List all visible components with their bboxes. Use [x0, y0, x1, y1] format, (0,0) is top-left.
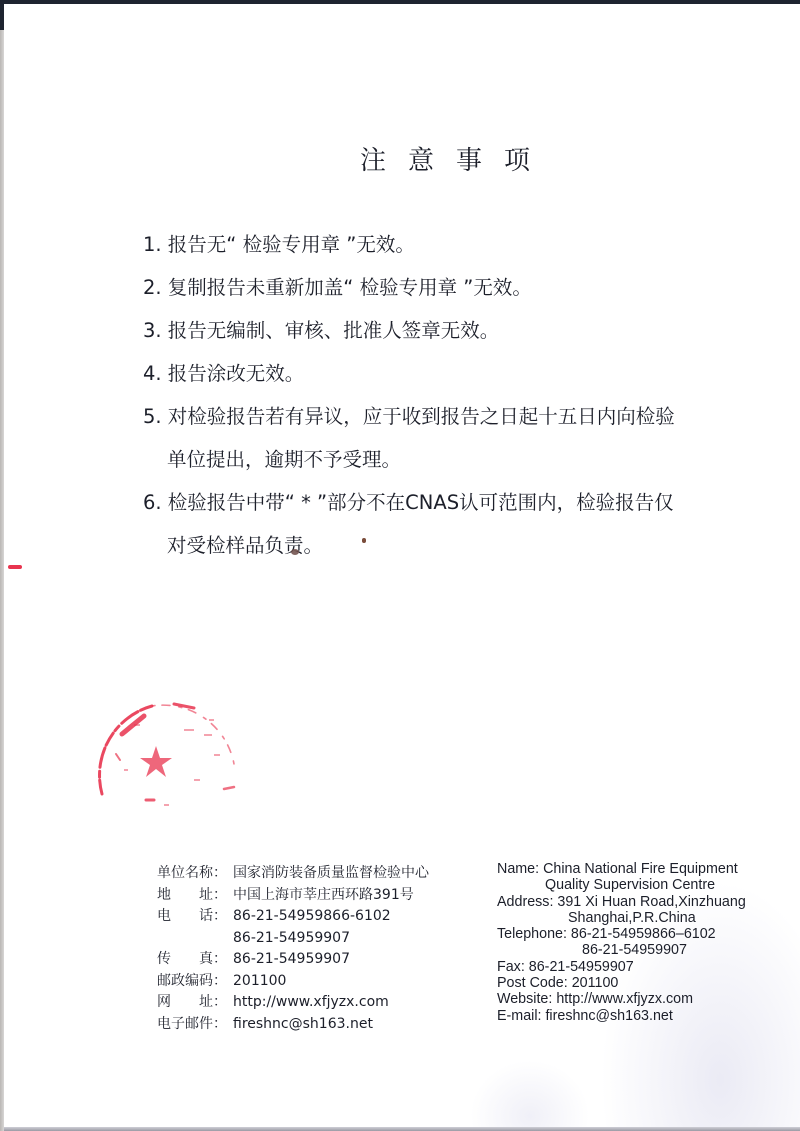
contact-value: 86-21-54959866-6102 [233, 906, 391, 928]
contact-label: 网 址： [157, 992, 233, 1014]
contact-row-telephone: 电 话： 86-21-54959866-6102 [157, 906, 429, 928]
contact-en-email: E-mail: fireshnc@sh163.net [497, 1008, 746, 1024]
notice-item-3: 3. 报告无编制、审核、批准人签章无效。 [143, 316, 763, 359]
scan-left-edge [0, 0, 4, 1131]
notice-list: 1. 报告无“ 检验专用章 ”无效。 2. 复制报告未重新加盖“ 检验专用章 ”… [143, 230, 763, 574]
notice-item-1: 1. 报告无“ 检验专用章 ”无效。 [143, 230, 763, 273]
contact-row-website: 网 址： http://www.xfjyzx.com [157, 992, 429, 1014]
contact-row-fax: 传 真： 86-21-54959907 [157, 949, 429, 971]
contact-value: 86-21-54959907 [233, 928, 350, 950]
contact-label: 传 真： [157, 949, 233, 971]
notice-item-6-continued: 对受检样品负责。 [143, 531, 763, 574]
contact-en-name: Name: China National Fire Equipment [497, 861, 746, 877]
contact-row-email: 电子邮件： fireshnc@sh163.net [157, 1014, 429, 1036]
notice-item-5: 5. 对检验报告若有异议，应于收到报告之日起十五日内向检验 [143, 402, 763, 445]
notice-item-5-continued: 单位提出，逾期不予受理。 [143, 445, 763, 488]
contact-en-address: Address: 391 Xi Huan Road,Xinzhuang [497, 894, 746, 910]
contact-label: 单位名称： [157, 863, 233, 885]
scan-bottom-edge [4, 1127, 800, 1131]
ink-blot [291, 549, 299, 555]
contact-label [157, 928, 233, 950]
contact-value: 中国上海市莘庄西环路391号 [233, 885, 414, 907]
contact-value: fireshnc@sh163.net [233, 1014, 373, 1036]
official-seal-stamp [94, 694, 244, 824]
contact-value: 86-21-54959907 [233, 949, 350, 971]
scan-top-edge [0, 0, 800, 4]
contact-en-website: Website: http://www.xfjyzx.com [497, 991, 746, 1007]
contact-row-telephone-2: 86-21-54959907 [157, 928, 429, 950]
page-title: 注意事项 [360, 140, 580, 177]
contact-value: 国家消防装备质量监督检验中心 [233, 863, 429, 885]
scanned-page: 注意事项 1. 报告无“ 检验专用章 ”无效。 2. 复制报告未重新加盖“ 检验… [0, 0, 800, 1131]
notice-item-6: 6. 检验报告中带“ * ”部分不在CNAS认可范围内，检验报告仅 [143, 488, 763, 531]
contact-en-telephone-2: 86-21-54959907 [497, 942, 746, 958]
scan-speck [362, 538, 366, 543]
contact-en-telephone: Telephone: 86-21-54959866–6102 [497, 926, 746, 942]
scan-shadow [470, 1060, 590, 1130]
contact-en-postcode: Post Code: 201100 [497, 975, 746, 991]
contact-en-fax: Fax: 86-21-54959907 [497, 959, 746, 975]
contact-row-postcode: 邮政编码： 201100 [157, 971, 429, 993]
scan-corner-shadow [0, 0, 4, 30]
contact-label: 邮政编码： [157, 971, 233, 993]
contact-en-address-continued: Shanghai,P.R.China [497, 910, 746, 926]
contact-info-english: Name: China National Fire Equipment Qual… [497, 861, 746, 1024]
contact-label: 电子邮件： [157, 1014, 233, 1036]
contact-label: 电 话： [157, 906, 233, 928]
contact-value: http://www.xfjyzx.com [233, 992, 389, 1014]
contact-row-unit-name: 单位名称： 国家消防装备质量监督检验中心 [157, 863, 429, 885]
notice-item-2: 2. 复制报告未重新加盖“ 检验专用章 ”无效。 [143, 273, 763, 316]
contact-en-name-continued: Quality Supervision Centre [497, 877, 746, 893]
red-ink-mark [8, 565, 22, 569]
contact-value: 201100 [233, 971, 286, 993]
contact-label: 地 址： [157, 885, 233, 907]
notice-item-4: 4. 报告涂改无效。 [143, 359, 763, 402]
contact-info-chinese: 单位名称： 国家消防装备质量监督检验中心 地 址： 中国上海市莘庄西环路391号… [157, 863, 429, 1035]
contact-row-address: 地 址： 中国上海市莘庄西环路391号 [157, 885, 429, 907]
